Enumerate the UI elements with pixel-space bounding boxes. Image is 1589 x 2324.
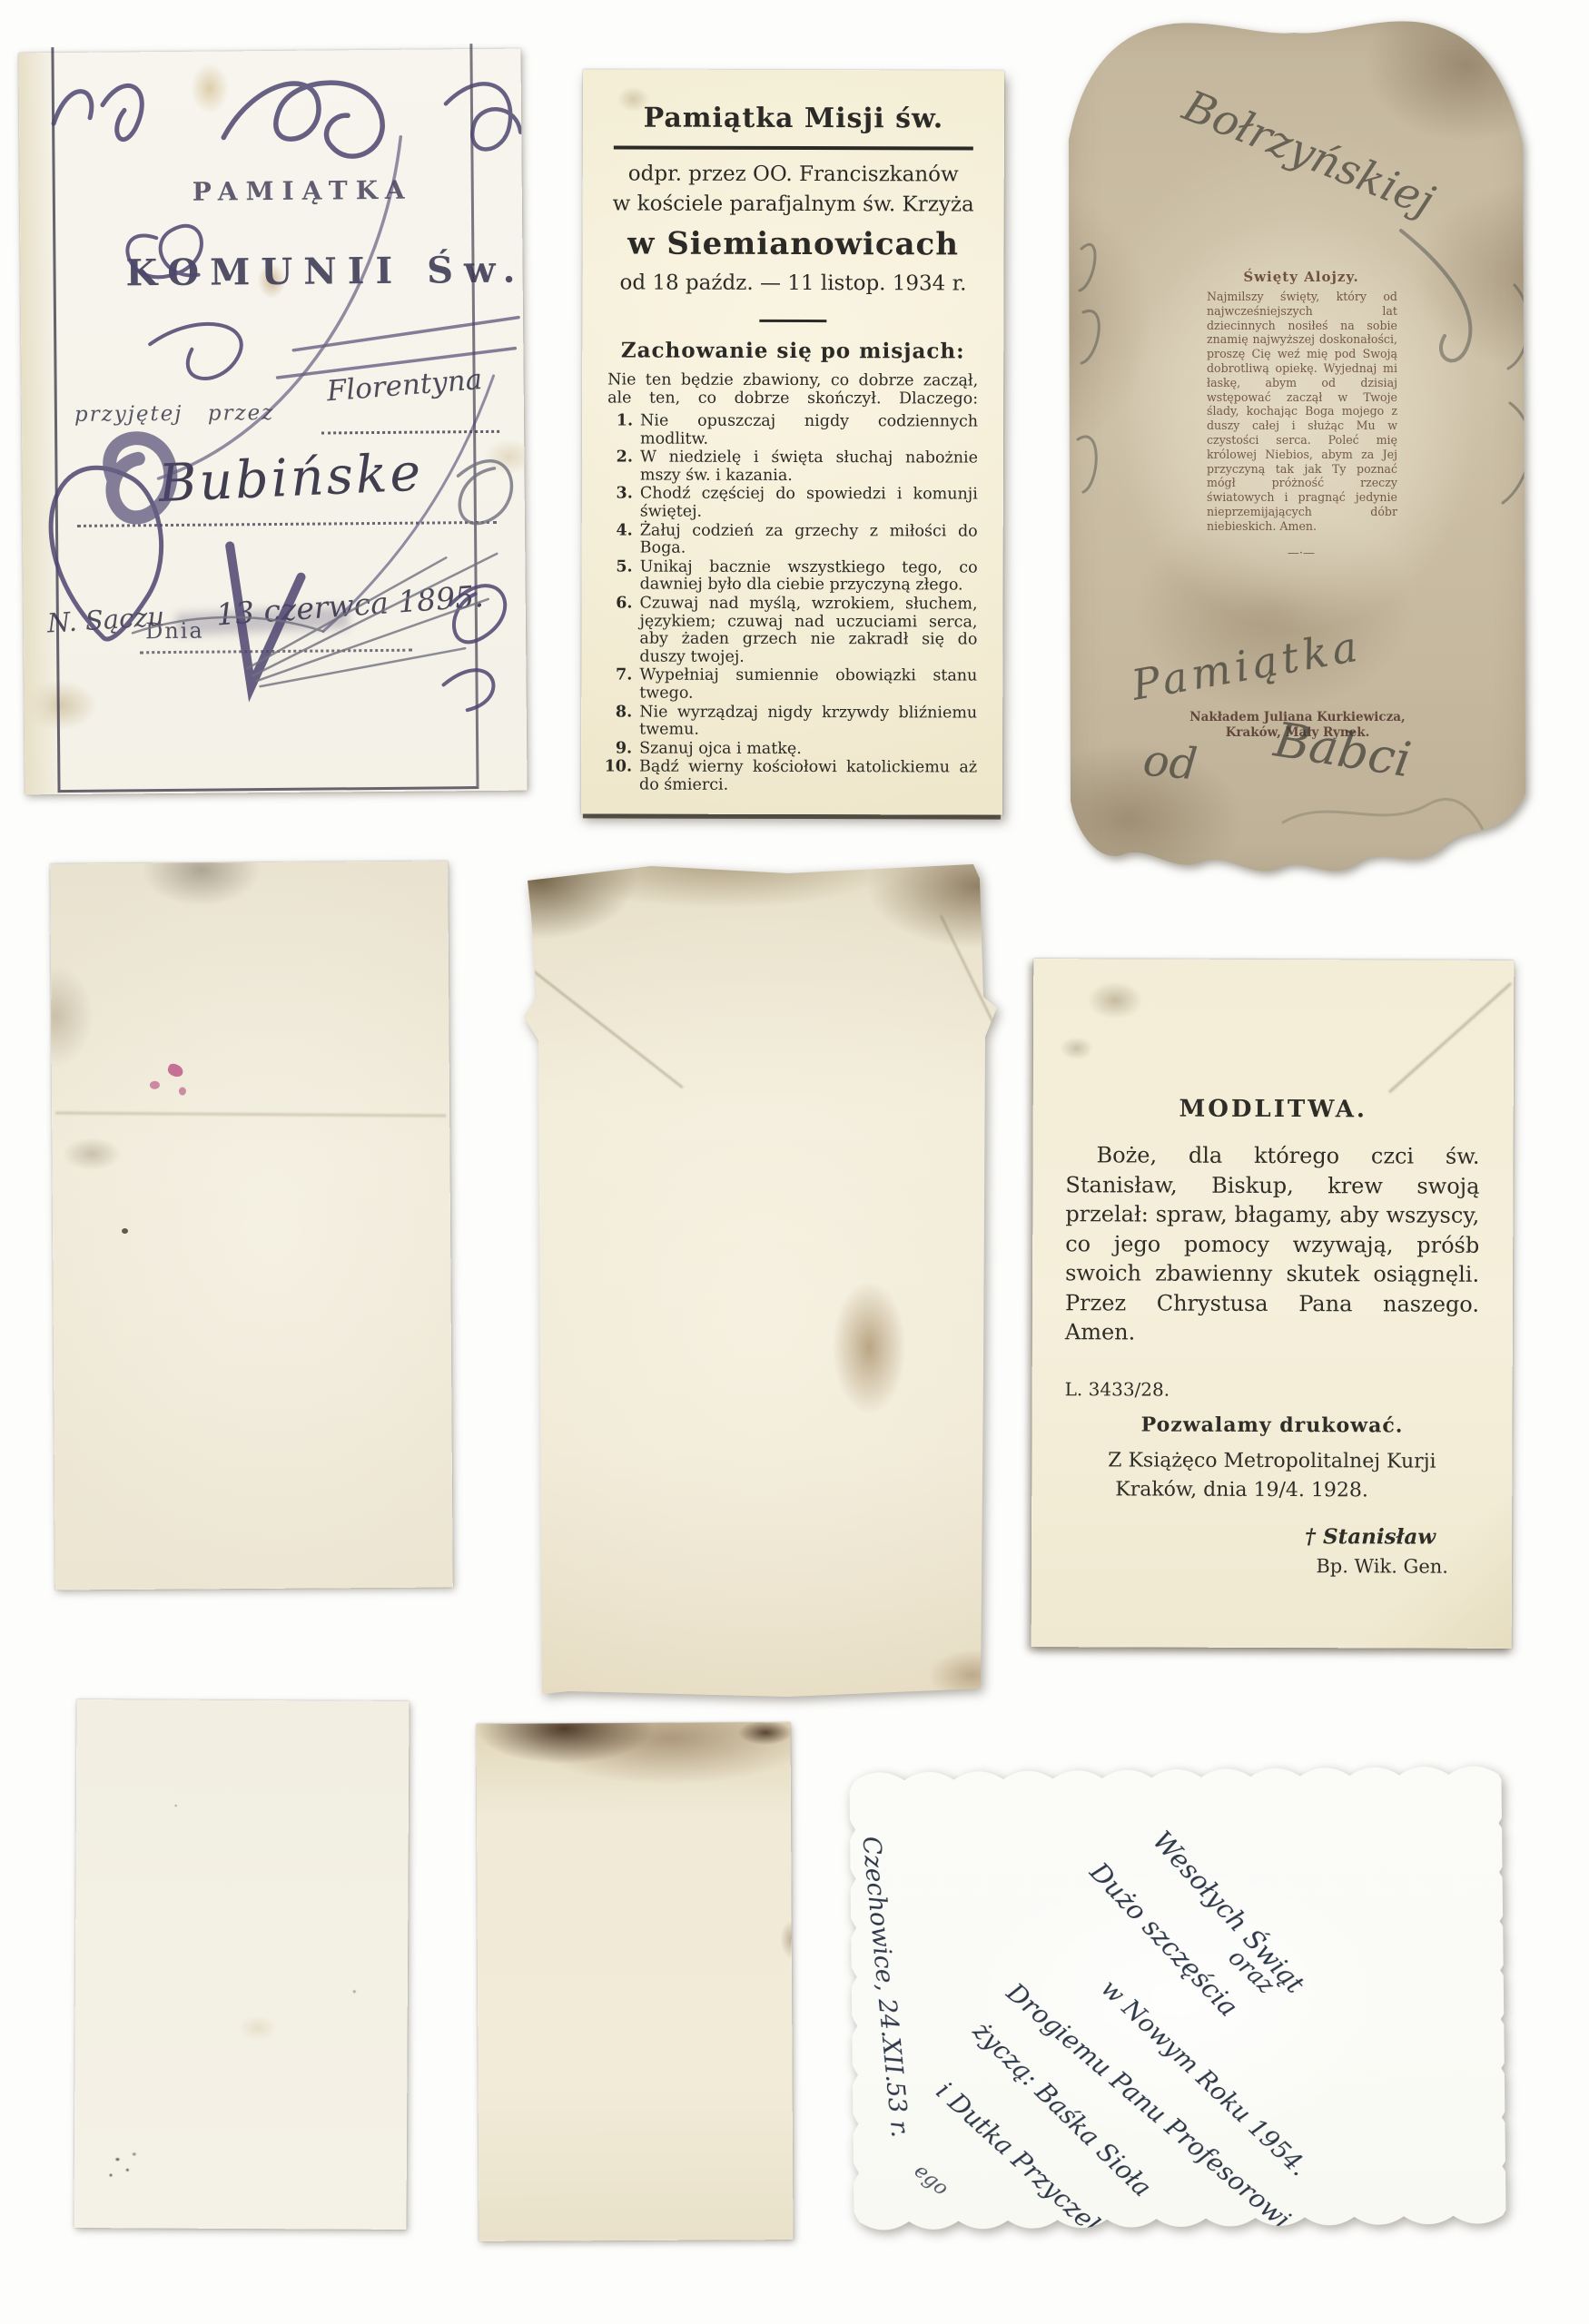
divider-rule [759, 320, 826, 322]
rule-item: 9.Szanuj ojca i matkę. [581, 740, 977, 759]
handwritten-date: 13 czerwca 1895. [215, 578, 485, 632]
section-intro: Nie ten będzie zbawiony, co dobrze zaczą… [607, 370, 978, 408]
rule-item: 7.Wypełniaj sumiennie obowiązki stanu tw… [581, 667, 977, 704]
curia-line2: Kraków, dnia 19/4. 1928. [1115, 1478, 1368, 1502]
rule-text: Wypełniaj sumiennie obowiązki stanu tweg… [639, 666, 977, 703]
rule-number: 2. [595, 449, 633, 468]
photo-back-greetings: Czechowice, 24.XII.53 r. Wesołych Świąt … [849, 1754, 1506, 2241]
prayer-body: Boże, dla którego czci św. Stanisław, Bi… [1065, 1140, 1480, 1348]
rule-number: 8. [594, 704, 632, 722]
received-by-label: przyjętej przez [74, 401, 275, 427]
rule-text: Unikaj bacznie wszystkiego tego, co dawn… [640, 557, 978, 595]
mission-card: Pamiątka Misji św. odpr. przez OO. Franc… [581, 69, 1004, 814]
bishop-signature: † Stanisław [1305, 1524, 1436, 1550]
section-title: Zachowanie się po misjach: [582, 338, 1003, 363]
rule-text: Bądź wierny kościołowi katolickiemu aż d… [639, 758, 977, 794]
rule-text: Chodź częściej do spowiedzi i komunji św… [640, 485, 978, 521]
pink-stain [179, 1087, 186, 1095]
pink-stain [166, 1062, 184, 1078]
bishop-signature-title: Bp. Wik. Gen. [1316, 1555, 1448, 1578]
dnia-label: Dnia [145, 618, 204, 645]
mission-dates: od 18 paźdz. — 11 listop. 1934 r. [582, 271, 1003, 295]
holy-card-wrap: Bołrzyńskiej Święty Alojzy. Najmilszy św… [1056, 13, 1539, 890]
communion-title-line1: PAMIĄTKA [192, 175, 413, 207]
rule-item: 8.Nie wyrządzaj nigdy krzywdy bliźniemu … [581, 704, 977, 740]
corner-mark: ego [910, 2160, 952, 2201]
rule-item: 5.Unikaj bacznie wszystkiego tego, co da… [582, 558, 978, 595]
dotted-line [321, 430, 499, 435]
rule-number: 5. [595, 558, 633, 576]
communion-title-line2: KOMUNII Św. [125, 249, 526, 295]
rule-number: 10. [594, 759, 632, 777]
printer-ornament: —·— [1189, 547, 1414, 560]
photo-back-wrap: Czechowice, 24.XII.53 r. Wesołych Świąt … [849, 1754, 1506, 2241]
blank-card-stained-wrap [515, 861, 1007, 1700]
mission-line1: odpr. przez OO. Franciszkanów [583, 162, 1004, 186]
rule-number: 9. [594, 740, 632, 758]
rule-number: 7. [594, 667, 632, 685]
rule-text: Czuwaj nad myślą, wzrokiem, słuchem, jęz… [639, 594, 977, 665]
prayer-title: MODLITWA. [1033, 1095, 1514, 1124]
rule-number: 1. [595, 412, 633, 430]
rule-text: Nie opuszczaj nigdy codziennych modlitw. [640, 412, 978, 448]
greeting-line1: Wesołych Świąt [1147, 1825, 1311, 1999]
blank-card-small [74, 1699, 409, 2230]
handwritten-owner-name: Bołrzyńskiej [1176, 81, 1440, 226]
pink-stain [150, 1081, 160, 1089]
rule-item: 1.Nie opuszczaj nigdy codziennych modlit… [582, 412, 978, 448]
rule-item: 4.Żałuj codzień za grzechy z miłości do … [582, 522, 978, 558]
crease-line [55, 1112, 446, 1118]
rules-list: 1.Nie opuszczaj nigdy codziennych modlit… [581, 412, 982, 796]
blank-card-stained [515, 861, 1007, 1700]
scan-sheet: PAMIĄTKA KOMUNII Św. przyjętej przez Flo… [0, 0, 1589, 2324]
handwritten-od: od [1141, 735, 1199, 791]
rule-text: Żałuj codzień za grzechy z miłości do Bo… [640, 521, 978, 557]
blank-card-creased [50, 861, 453, 1590]
rule-item: 6.Czuwaj nad myślą, wzrokiem, słuchem, j… [581, 595, 977, 667]
rule-text: Nie wyrządzaj nigdy krzywdy bliźniemu tw… [639, 703, 977, 739]
crease-line [1388, 982, 1512, 1093]
dotted-line [77, 521, 497, 527]
communion-card: PAMIĄTKA KOMUNII Św. przyjętej przez Flo… [18, 49, 527, 795]
handwritten-last-name: Bubińske [157, 443, 424, 515]
rule-number: 6. [595, 595, 633, 613]
dark-speck [122, 1228, 128, 1234]
handwritten-place-date: Czechowice, 24.XII.53 r. [856, 1835, 913, 2139]
rule-item: 3.Chodź częściej do spowiedzi i komunji … [582, 486, 978, 522]
handwritten-first-name: Florentyna [326, 363, 484, 408]
rule-text: W niedzielę i święta słuchaj nabożnie ms… [640, 448, 978, 485]
crease-line [532, 970, 684, 1088]
rule-text: Szanuj ojca i matkę. [639, 739, 802, 757]
mission-place: w Siemianowicach [583, 225, 1004, 262]
crease-line [940, 915, 1005, 1047]
curia-line1: Z Książęco Metropolitalnej Kurji [1031, 1449, 1512, 1473]
prayer-text: Najmilszy święty, który od najwcześniejs… [1207, 290, 1397, 534]
rule-item: 2.W niedzielę i święta słuchaj nabożnie … [582, 449, 978, 486]
rule-number: 4. [595, 522, 633, 540]
mission-title: Pamiątka Misji św. [583, 102, 1004, 134]
title-underline [614, 145, 973, 150]
prayer-card-modlitwa: MODLITWA. Boże, dla którego czci św. Sta… [1031, 959, 1515, 1649]
blank-card-brown-stain [477, 1722, 794, 2241]
handwritten-pamiatka: Pamiątka [1128, 621, 1365, 710]
holy-card-aloysius: Bołrzyńskiej Święty Alojzy. Najmilszy św… [1056, 13, 1539, 890]
dotted-line [140, 649, 412, 655]
reference-number: L. 3433/28. [1065, 1378, 1170, 1400]
rule-item: 10.Bądź wierny kościołowi katolickiemu a… [581, 759, 977, 795]
rule-number: 3. [595, 486, 633, 504]
imprimatur-label: Pozwalamy drukować. [1031, 1413, 1512, 1438]
greeting-line7: i Dutka Przyczek [931, 2076, 1111, 2244]
prayer-title: Święty Alojzy. [1189, 269, 1414, 285]
mission-line2: w kościele parafjalnym św. Krzyża [583, 192, 1004, 216]
